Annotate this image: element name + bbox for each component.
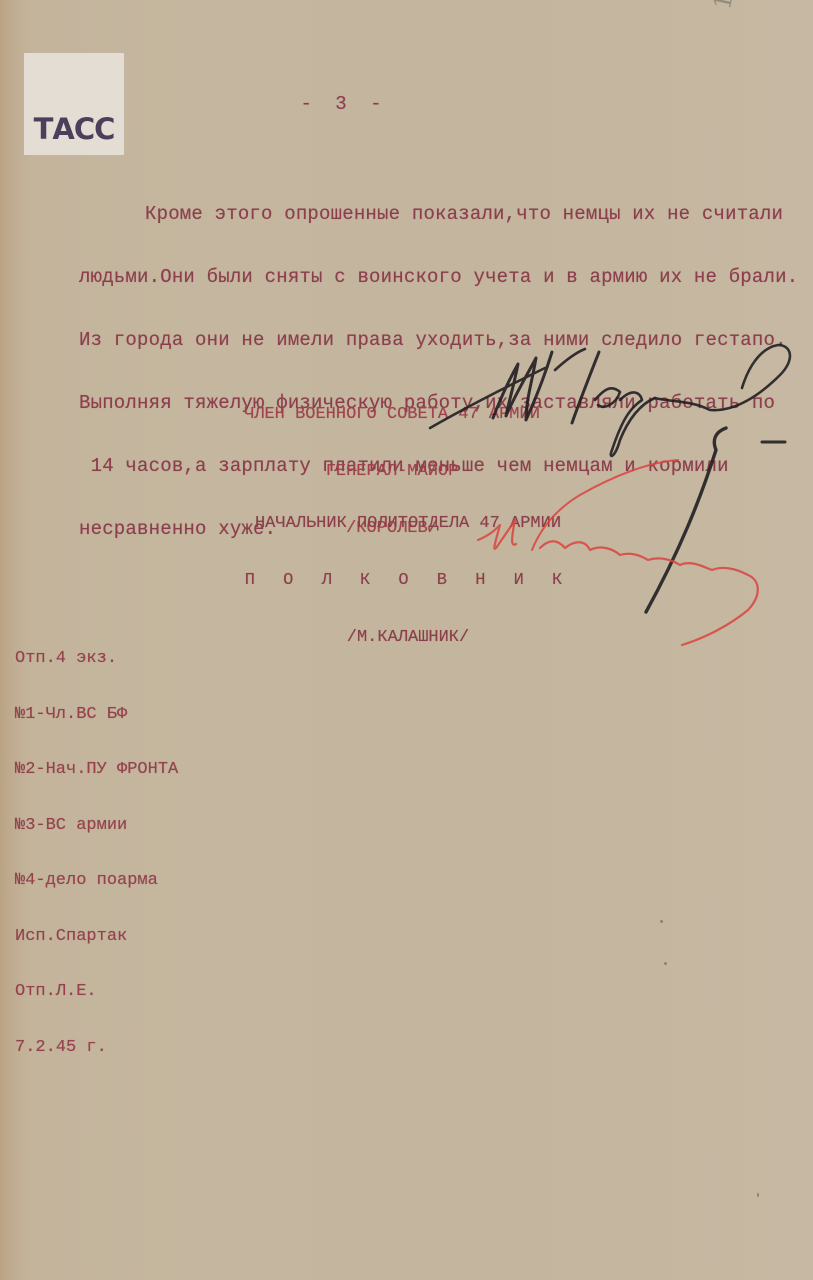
signatory-rank: П О Л К О В Н И К [228, 571, 588, 590]
signatory-position: НАЧАЛЬНИК ПОЛИТОТДЕЛА 47 АРМИИ [228, 514, 588, 533]
signatory-name: /М.КАЛАШНИК/ [228, 628, 588, 647]
distribution-line: Исп.Спартак [15, 928, 178, 947]
paper-speck [664, 962, 667, 965]
archival-document-page: ТАСС 1382 - 3 - Кроме этого опрошенные п… [0, 0, 813, 1280]
distribution-line: №4-дело поарма [15, 872, 178, 891]
signatory-position: ЧЛЕН ВОЕННОГО СОВЕТА 47 АРМИИ [222, 405, 562, 424]
signatory-block-political-department: НАЧАЛЬНИК ПОЛИТОТДЕЛА 47 АРМИИ П О Л К О… [228, 476, 588, 685]
tass-logo-text: ТАСС [34, 115, 115, 144]
body-line: Из города они не имели права уходить,за … [79, 330, 798, 351]
distribution-line: Отп.Л.Е. [15, 983, 178, 1002]
handwritten-archive-number: 1382 [708, 0, 748, 12]
body-line: людьми.Они были сняты с воинского учета … [79, 267, 798, 288]
paper-speck [757, 1193, 759, 1197]
distribution-line: №1-Чл.ВС БФ [15, 706, 178, 725]
distribution-line: №3-ВС армии [15, 817, 178, 836]
body-line: Кроме этого опрошенные показали,что немц… [79, 204, 798, 225]
distribution-list: Отп.4 экз. №1-Чл.ВС БФ №2-Нач.ПУ ФРОНТА … [15, 613, 178, 1094]
distribution-line: 7.2.45 г. [15, 1039, 178, 1058]
paper-speck [660, 920, 663, 923]
distribution-line: Отп.4 экз. [15, 650, 178, 669]
page-number: - 3 - [0, 94, 688, 115]
distribution-line: №2-Нач.ПУ ФРОНТА [15, 761, 178, 780]
